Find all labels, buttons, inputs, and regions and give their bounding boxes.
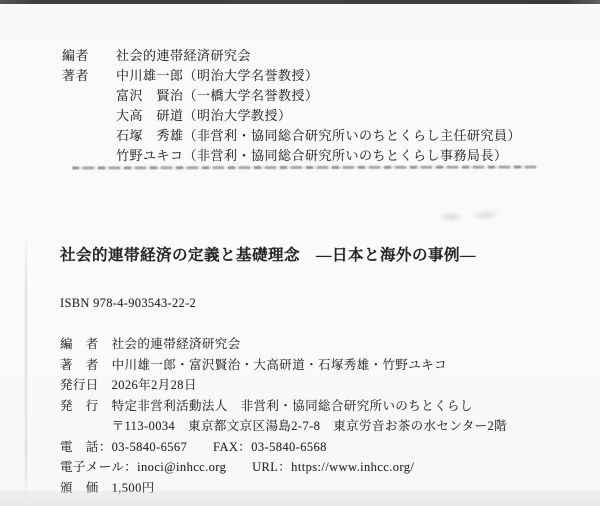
publication-details: 編 者 社会的連帯経済研究会 著 者 中川雄一郎・富沢賢治・大高研道・石塚秀雄・… bbox=[60, 334, 580, 498]
author-row: 大高 研道（明治大学教授） bbox=[62, 106, 521, 126]
author-name: 富沢 賢治（一橋大学名誉教授） bbox=[116, 86, 319, 106]
colophon-row-editor: 編 者 社会的連帯経済研究会 bbox=[60, 334, 580, 355]
author-name: 大高 研道（明治大学教授） bbox=[116, 106, 292, 126]
colophon-block: 社会的連帯経済の定義と基礎理念 ―日本と海外の事例― ISBN 978-4-90… bbox=[60, 243, 580, 498]
colophon-row-publisher-address: 〒113-0034 東京都文京区湯島2-7-8 東京労音お茶の水センター2階 bbox=[60, 416, 580, 437]
editor-name: 社会的連帯経済研究会 bbox=[116, 46, 251, 66]
colophon-row-publication-date: 発行日 2026年2月28日 bbox=[60, 375, 580, 396]
author-role-label bbox=[62, 86, 116, 106]
editor-role-label: 編者 bbox=[62, 46, 116, 66]
scan-smudge bbox=[432, 205, 508, 227]
contributors-block: 編者 社会的連帯経済研究会 著者 中川雄一郎（明治大学名誉教授） 富沢 賢治（一… bbox=[62, 46, 521, 166]
scan-edge-top-bar bbox=[0, 0, 600, 4]
book-title: 社会的連帯経済の定義と基礎理念 ―日本と海外の事例― bbox=[60, 243, 580, 265]
author-row: 石塚 秀雄（非営利・協同総合研究所いのちとくらし主任研究員） bbox=[62, 126, 521, 146]
author-role-label: 著者 bbox=[62, 66, 116, 86]
scan-edge-left bbox=[25, 230, 27, 506]
author-row: 著者 中川雄一郎（明治大学名誉教授） bbox=[62, 66, 521, 86]
scanned-colophon-page: 編者 社会的連帯経済研究会 著者 中川雄一郎（明治大学名誉教授） 富沢 賢治（一… bbox=[0, 0, 600, 506]
author-role-label bbox=[62, 106, 116, 126]
scan-separator-line bbox=[72, 166, 538, 170]
colophon-row-authors: 著 者 中川雄一郎・富沢賢治・大高研道・石塚秀雄・竹野ユキコ bbox=[60, 355, 580, 376]
author-name: 竹野ユキコ（非営利・協同総合研究所いのちとくらし事務局長） bbox=[116, 146, 508, 166]
colophon-row-phone-fax: 電 話：03-5840-6567 FAX：03-5840-6568 bbox=[60, 437, 580, 458]
author-name: 石塚 秀雄（非営利・協同総合研究所いのちとくらし主任研究員） bbox=[116, 126, 521, 146]
editor-row: 編者 社会的連帯経済研究会 bbox=[62, 46, 521, 66]
colophon-row-publisher: 発 行 特定非営利活動法人 非営利・協同総合研究所いのちとくらし bbox=[60, 396, 580, 417]
scan-edge-bottom bbox=[0, 491, 600, 506]
author-name: 中川雄一郎（明治大学名誉教授） bbox=[116, 66, 319, 86]
author-row: 竹野ユキコ（非営利・協同総合研究所いのちとくらし事務局長） bbox=[62, 146, 521, 166]
author-row: 富沢 賢治（一橋大学名誉教授） bbox=[62, 86, 521, 106]
author-role-label bbox=[62, 126, 116, 146]
colophon-row-email-url: 電子メール：inoci@inhcc.org URL：https://www.in… bbox=[60, 457, 580, 478]
author-role-label bbox=[62, 146, 116, 166]
isbn: ISBN 978-4-903543-22-2 bbox=[60, 296, 580, 311]
